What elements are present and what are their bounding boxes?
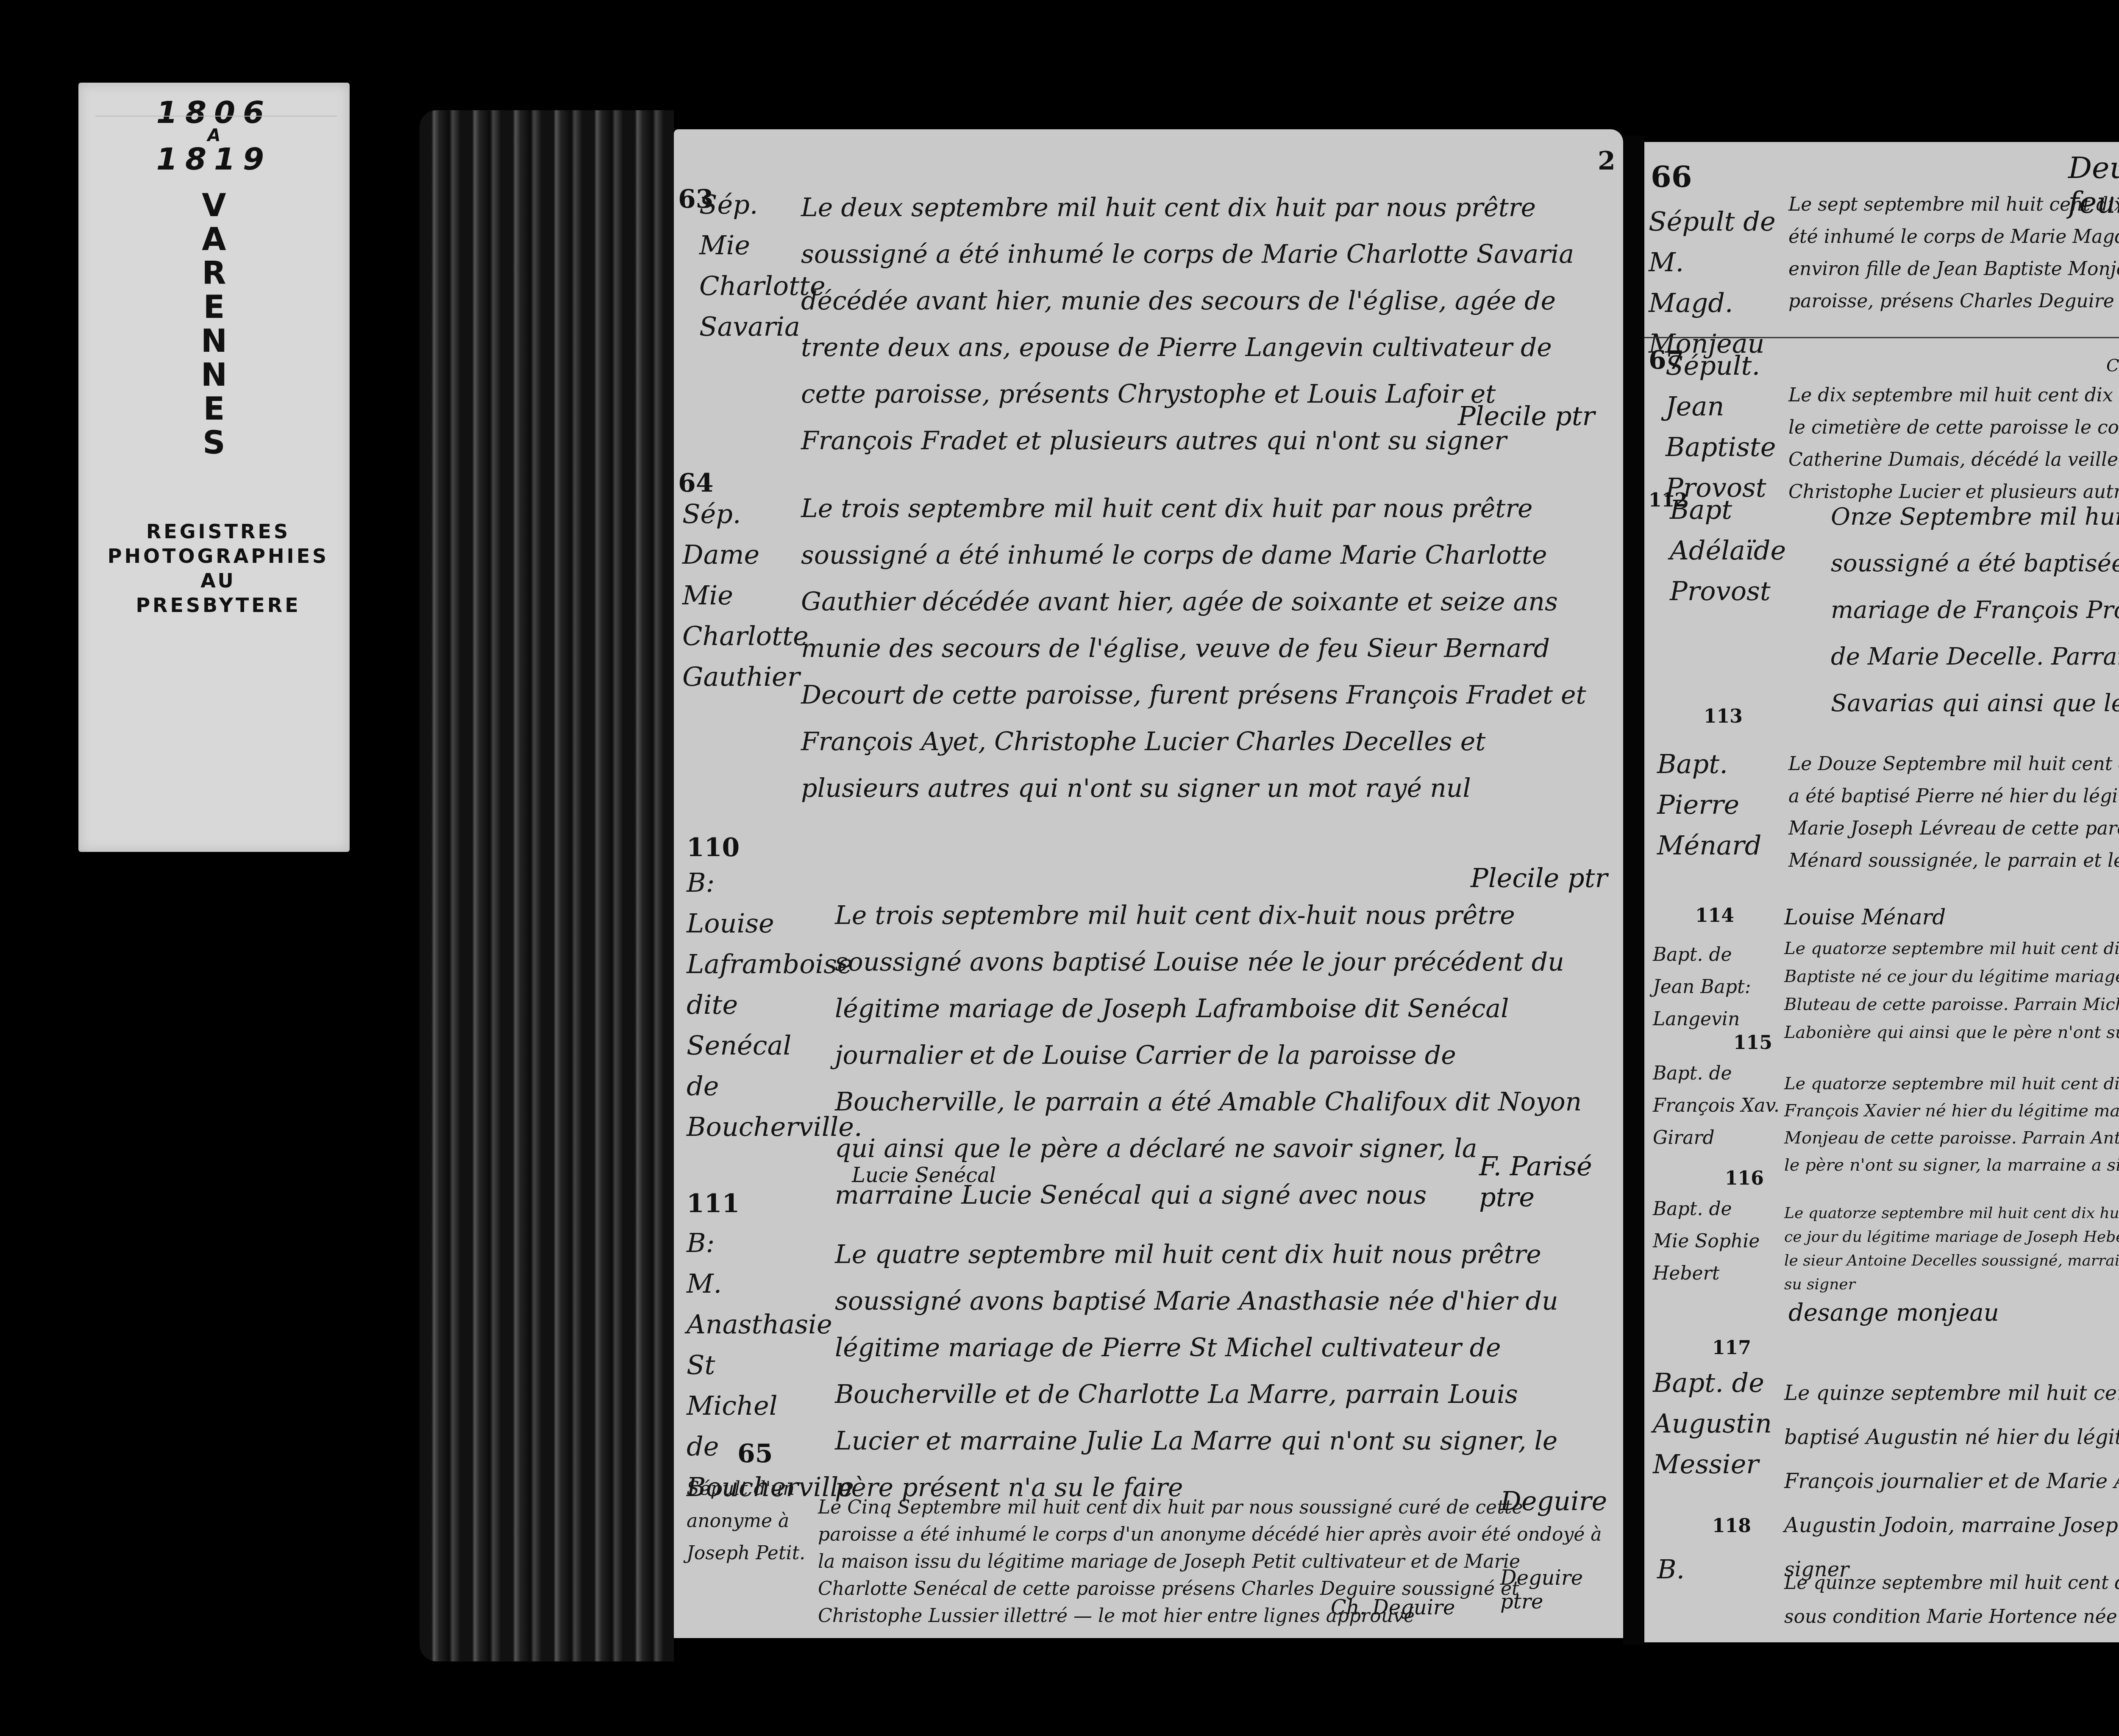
margin-line: Jean Baptiste (1666, 386, 1784, 467)
margin-line: Gauthier (682, 657, 788, 697)
margin-line: Louise (687, 903, 814, 944)
entry-divider (1644, 337, 2119, 338)
margin-line: Mie Charlotte (699, 225, 805, 306)
entry-margin: Sép. Dame Mie Charlotte Gauthier (682, 494, 788, 697)
margin-line: Joseph Petit. (687, 1537, 814, 1569)
left-page: 2 63 Sép. Mie Charlotte Savaria Le deux … (674, 129, 1623, 1638)
entry-margin: Bapt. de Mie Sophie Hebert (1653, 1193, 1780, 1290)
caption-line: REGISTRES (95, 519, 341, 544)
entry-number: 118 (1712, 1515, 1751, 1537)
entry-margin: Sépult de M. Magd. Monjeau (1649, 201, 1776, 364)
entry-text: Le Douze Septembre mil huit cent dix hui… (1788, 748, 2119, 877)
margin-line: Bapt. de (1653, 1363, 1780, 1403)
entry-margin: Bapt. de Augustin Messier (1653, 1363, 1780, 1485)
place-letter: R (78, 256, 350, 290)
entry-number: 110 (687, 833, 740, 862)
margin-line: Jean Bapt: (1653, 971, 1780, 1003)
margin-line: Boucherville. (687, 1107, 814, 1147)
year-end: 1819 (78, 142, 350, 176)
caption-line: AU (95, 568, 341, 593)
entry-margin: Sépult. Jean Baptiste Provost (1666, 345, 1784, 508)
entry-margin: B: Louise Laframboise dite Senécal de Bo… (687, 862, 814, 1147)
entry-text: Le quinze septembre mil huit cent dix hu… (1784, 1371, 2119, 1591)
entry-text: Le quatorze septembre mil huit cent dix … (1784, 1202, 2119, 1296)
margin-line: Bapt. de (1653, 939, 1780, 971)
entry-text: Le Cinq Septembre mil huit cent dix huit… (818, 1494, 1602, 1630)
year-range: 1806 A 1819 (78, 95, 350, 176)
margin-line: St Michel (687, 1345, 814, 1426)
entry-margin: Sépult d'un anonyme à Joseph Petit. (687, 1473, 814, 1569)
margin-line: Dame (682, 534, 788, 575)
margin-line: Bapt. de (1653, 1193, 1780, 1225)
margin-line: Adélaïde (1670, 530, 1788, 571)
page-mark: 66 (1651, 159, 1692, 194)
margin-line: Sépult d'un (687, 1473, 814, 1505)
entry-margin: Bapt Adélaïde Provost (1670, 490, 1788, 612)
place-letter: E (78, 392, 350, 426)
folio-mark: 2 (1598, 146, 1616, 176)
place-letter: N (78, 324, 350, 358)
margin-line: Sépult de (1649, 201, 1776, 242)
margin-line: B. (1657, 1549, 1776, 1590)
witness-signature: Ch. Deguire (1331, 1596, 1455, 1619)
entry-margin: Bapt. Pierre Ménard (1657, 744, 1776, 866)
right-page: 66 Deux Cent Cinquante et unième feuille… (1644, 142, 2119, 1642)
entry-text: Onze Septembre mil huit cent dix huit pa… (1831, 494, 2119, 727)
signature: Plecile ptr (1471, 862, 1607, 893)
margin-line: François Xav. (1653, 1090, 1780, 1122)
entry-text: Le quatre septembre mil huit cent dix hu… (835, 1231, 1598, 1511)
book-page-edges (420, 110, 674, 1661)
signature: Deguire ptre (1500, 1566, 1623, 1614)
margin-line: M. Anasthasie (687, 1263, 814, 1345)
year-start: 1806 (78, 95, 350, 129)
entry-text: Le trois septembre mil huit cent dix hui… (801, 485, 1598, 812)
margin-line: Ménard (1657, 825, 1776, 866)
year-separator: A (78, 129, 350, 142)
entry-margin: Sép. Mie Charlotte Savaria (699, 184, 805, 347)
margin-line: Langevin (1653, 1003, 1780, 1035)
margin-line: Savaria (699, 306, 805, 347)
margin-line: anonyme à (687, 1505, 814, 1537)
entry-text: Le quatorze septembre mil huit cent dix … (1784, 935, 2119, 1046)
margin-line: Sép. (699, 184, 805, 225)
place-name: V A R E N N E S (78, 189, 350, 460)
margin-line: Girard (1653, 1122, 1780, 1154)
margin-line: Bapt. (1657, 744, 1776, 785)
margin-line: Mie Sophie (1653, 1225, 1780, 1257)
margin-line: Bapt (1670, 490, 1788, 530)
margin-line: Bapt. de (1653, 1057, 1780, 1090)
place-letter: V (78, 189, 350, 223)
entry-text: Le quatorze septembre mil huit cent dix … (1784, 1070, 2119, 1179)
entry-number: 116 (1725, 1168, 1764, 1189)
entry-margin: Bapt. de Jean Bapt: Langevin (1653, 939, 1780, 1035)
caption-line: PRESBYTERE (95, 593, 341, 618)
margin-line: Messier (1653, 1444, 1780, 1485)
margin-line: Augustin (1653, 1403, 1780, 1444)
godmother-signature: Louise Ménard (1784, 905, 1946, 929)
margin-line: B: (687, 862, 814, 903)
entry-text: Le sept septembre mil huit cent dix huit… (1788, 189, 2119, 317)
place-letter: A (78, 223, 350, 256)
marraine-signature: Lucie Senécal (852, 1163, 996, 1187)
margin-line: Mie Charlotte (682, 575, 788, 657)
entry-number: 114 (1695, 905, 1734, 926)
margin-line: Sép. (682, 494, 788, 534)
place-letter: E (78, 290, 350, 324)
margin-line: Laframboise (687, 944, 814, 985)
entry-text: Le quinze septembre mil huit cent dix hu… (1784, 1566, 2119, 1634)
margin-line: Pierre (1657, 785, 1776, 825)
witness-signature: Ch. Deguire (2106, 356, 2119, 376)
caption-line: PHOTOGRAPHIES (95, 544, 341, 568)
place-letter: N (78, 358, 350, 392)
margin-line: Provost (1670, 571, 1788, 612)
margin-line: Sépult. (1666, 345, 1784, 386)
entry-margin: Bapt. de François Xav. Girard (1653, 1057, 1780, 1154)
entry-text: Le dix septembre mil huit cent dix huit … (1788, 379, 2119, 508)
entry-number: 113 (1704, 706, 1743, 727)
book-gutter (1623, 136, 1644, 1644)
entry-margin: B. (1657, 1549, 1776, 1590)
place-letter: S (78, 426, 350, 460)
margin-line: Hebert (1653, 1257, 1780, 1290)
entry-number: 65 (737, 1439, 773, 1469)
card-caption: REGISTRES PHOTOGRAPHIES AU PRESBYTERE (95, 519, 341, 618)
signature: F. Parisé ptre (1479, 1151, 1623, 1213)
archive-label-card: 1806 A 1819 V A R E N N E S REGISTRES PH… (78, 83, 350, 852)
marraine-signature: desange monjeau (1788, 1299, 1999, 1327)
margin-line: B: (687, 1223, 814, 1263)
signature: Plecile ptr (1458, 401, 1595, 431)
entry-number: 117 (1712, 1337, 1751, 1359)
margin-line: M. Magd. (1649, 242, 1776, 323)
entry-number: 111 (687, 1189, 740, 1219)
card-fold-line (95, 116, 337, 117)
margin-line: dite Senécal de (687, 985, 814, 1107)
entry-number: 115 (1733, 1032, 1772, 1054)
